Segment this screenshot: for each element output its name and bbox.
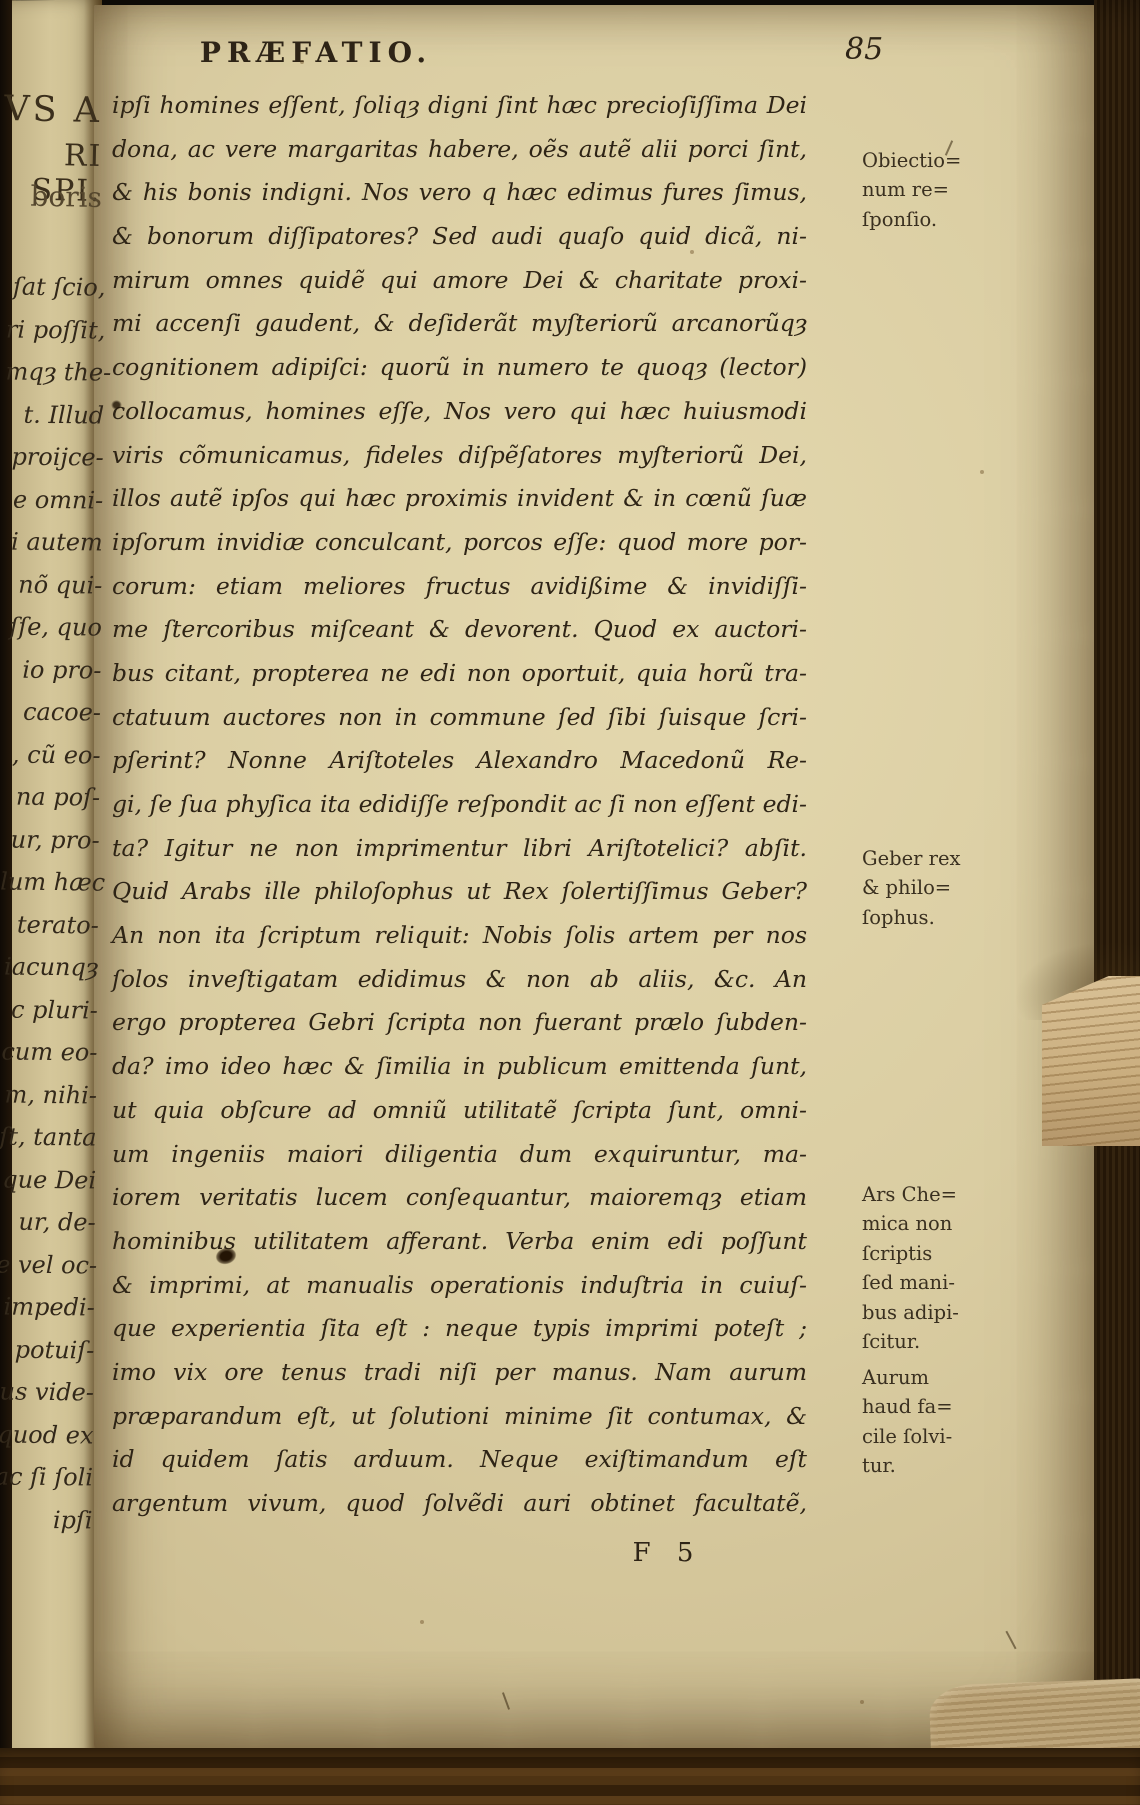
margin-note-obiectionum: Obiectio=num re=ſponſio. — [862, 146, 1000, 234]
foxing-speck — [980, 470, 984, 474]
margin-note-line: ſponſio. — [862, 205, 1000, 234]
text-line: me ſtercoribus miſceant & devorent. Quod… — [112, 608, 807, 652]
text-line: mirum omnes quidẽ qui amore Dei & charit… — [112, 259, 807, 303]
text-line: pſerint? Nonne Ariſtoteles Alexandro Mac… — [112, 739, 807, 783]
text-line: collocamus, homines eſſe, Nos vero qui h… — [112, 390, 807, 434]
gutter-fragment-line: i autem — [4, 521, 103, 565]
margin-note-line: num re= — [862, 175, 1000, 204]
gutter-fragment-line: impedi- — [0, 1285, 95, 1329]
gutter-fragment-line: cacoe- — [2, 690, 101, 734]
text-line: Quid Arabs ille philoſophus ut Rex ſoler… — [112, 870, 807, 914]
foxing-speck — [420, 1620, 424, 1624]
text-line: argentum vivum, quod ſolvẽdi auri obtine… — [112, 1482, 807, 1526]
margin-note-line: bus adipi- — [862, 1298, 1000, 1327]
signature-mark: F 5 — [598, 1538, 728, 1568]
gutter-fragment-line: ſſe, quo — [3, 605, 102, 649]
margin-note-line: Obiectio= — [862, 146, 1000, 175]
margin-note-line: cile ſolvi- — [862, 1422, 1000, 1451]
gutter-fragment-line: terato- — [0, 903, 99, 947]
margin-note-line: mica non — [862, 1209, 1000, 1238]
foxing-speck — [300, 60, 304, 64]
gutter-fragment-line: ur, pro- — [0, 818, 99, 862]
gutter-fragment-line: lum hæc — [0, 860, 99, 904]
gutter-fragment-line: e vel oc- — [0, 1243, 95, 1287]
gutter-fragment-line: nõ qui- — [3, 563, 102, 607]
wooden-page-clamp — [1042, 976, 1140, 1146]
text-line: & imprimi, at manualis operationis induſ… — [112, 1264, 807, 1308]
margin-note-line: ſcitur. — [862, 1327, 1000, 1356]
text-line: viris cõmunicamus, fideles diſpẽſatores … — [112, 434, 807, 478]
text-line: cognitionem adipiſci: quorũ in numero te… — [112, 346, 807, 390]
gutter-fragment-line: io pro- — [2, 648, 101, 692]
gutter-fragment-line: ac ſi ſoli — [0, 1455, 93, 1499]
ink-smudge — [109, 398, 124, 412]
gutter-fragment-line: t. Illud — [5, 393, 104, 437]
text-line: ergo propterea Gebri ſcripta non fuerant… — [112, 1001, 807, 1045]
wood-grain — [1042, 976, 1140, 1146]
text-line: ipſorum invidiæ conculcant, porcos eſſe:… — [112, 521, 807, 565]
gutter-fragment-line: , cũ eo- — [1, 733, 100, 777]
gutter-fragment-line: iacunqȝ — [0, 945, 99, 989]
gutter-fragment-line: na poſ- — [1, 775, 100, 819]
main-text: ipſi homines eſſent, ſoliqȝ digni ſint h… — [112, 84, 807, 1526]
gutter-fragment-line: m, nihi- — [0, 1073, 97, 1117]
margin-note-line: tur. — [862, 1451, 1000, 1480]
margin-note-line: Ars Che= — [862, 1180, 1000, 1209]
text-line: corum: etiam meliores fructus avidißime … — [112, 565, 807, 609]
text-line: ctatuum auctores non in commune ſed ſibi… — [112, 696, 807, 740]
margin-note-ars-chemica: Ars Che=mica nonſcriptisſed mani-bus adi… — [862, 1180, 1000, 1356]
gutter-fragment-line: ipſi — [0, 1498, 93, 1542]
text-line: da? imo ideo hæc & ſimilia in publicum e… — [112, 1045, 807, 1089]
margin-note-aurum: Aurumhaud fa=cile ſolvi-tur. — [862, 1363, 1000, 1481]
text-line: ut quia obſcure ad omniũ utilitatẽ ſcrip… — [112, 1089, 807, 1133]
text-line: mi accenſi gaudent, & deſiderãt myſterio… — [112, 302, 807, 346]
gutter-fragment-line: e omni- — [4, 478, 103, 522]
gutter-fragment-line: ſat ſcio, — [6, 266, 105, 310]
margin-note-line: Geber rex — [862, 844, 1000, 873]
gutter-fragment-line: ur, de- — [0, 1200, 96, 1244]
page-number: 85 — [845, 32, 883, 67]
gutter-fragment-caps: VS A — [0, 89, 102, 131]
margin-note-line: ſcriptis — [862, 1239, 1000, 1268]
foxing-speck — [690, 250, 694, 254]
text-line: um ingeniis maiori diligentia dum exquir… — [112, 1133, 807, 1177]
text-line: iorem veritatis lucem conſequantur, maio… — [112, 1176, 807, 1220]
text-line: ſolos inveſtigatam edidimus & non ab ali… — [112, 958, 807, 1002]
foxing-speck — [860, 1700, 864, 1704]
gutter-fragment-line: quod ex — [0, 1413, 94, 1457]
text-line: An non ita ſcriptum reliquit: Nobis ſoli… — [112, 914, 807, 958]
text-line: ta? Igitur ne non imprimentur libri Ariſ… — [112, 827, 807, 871]
text-line: bus citant, propterea ne edi non oportui… — [112, 652, 807, 696]
text-line: ipſi homines eſſent, ſoliqȝ digni ſint h… — [112, 84, 807, 128]
text-line: & bonorum diſſipatores? Sed audi quaſo q… — [112, 215, 807, 259]
margin-note-line: & philo= — [862, 873, 1000, 902]
text-line: præparandum eſt, ut ſolutioni minime ſit… — [112, 1395, 807, 1439]
gutter-fragment-caps: boris — [0, 179, 102, 214]
text-line: que experientia ſita eſt : neque typis i… — [112, 1307, 807, 1351]
gutter-fragment-line: que Dei — [0, 1158, 96, 1202]
text-line: illos autẽ ipſos qui hæc proximis invide… — [112, 477, 807, 521]
gutter-fragment-line: ſt, tanta — [0, 1115, 97, 1159]
margin-note-line: haud fa= — [862, 1392, 1000, 1421]
text-line: & his bonis indigni. Nos vero q hæc edim… — [112, 171, 807, 215]
gutter-fragment-line: ri poſſit, — [6, 308, 105, 352]
text-line: gi, ſe ſua phyſica ita edidiſſe reſpondi… — [112, 783, 807, 827]
gutter-fragment-line: proijce- — [4, 436, 103, 480]
text-line: dona, ac vere margaritas habere, oẽs aut… — [112, 128, 807, 172]
scanned-book-photo: PRÆFATIO. 85 ipſi homines eſſent, ſoliqȝ… — [0, 0, 1140, 1805]
gutter-fragment-line: cum eo- — [0, 1030, 98, 1074]
margin-note-line: ſed mani- — [862, 1268, 1000, 1297]
gutter-fragments: ſat ſcio,ri poſſit,mqȝ the-t. Illudproij… — [0, 266, 106, 1542]
text-line: imo vix ore tenus tradi niſi per manus. … — [112, 1351, 807, 1395]
margin-note-line: Aurum — [862, 1363, 1000, 1392]
running-header: PRÆFATIO. — [96, 36, 536, 69]
margin-note-geber: Geber rex& philo=ſophus. — [862, 844, 1000, 932]
gutter-fragment-line: us vide- — [0, 1370, 94, 1414]
gutter-fragment-line: potuiſ- — [0, 1328, 95, 1372]
gutter-fragment-line: mqȝ the- — [5, 351, 104, 395]
text-line: id quidem ſatis arduum. Neque exiſtimand… — [112, 1438, 807, 1482]
wooden-table-edge — [0, 1748, 1140, 1805]
margin-note-line: ſophus. — [862, 903, 1000, 932]
gutter-fragment-line: c pluri- — [0, 988, 98, 1032]
